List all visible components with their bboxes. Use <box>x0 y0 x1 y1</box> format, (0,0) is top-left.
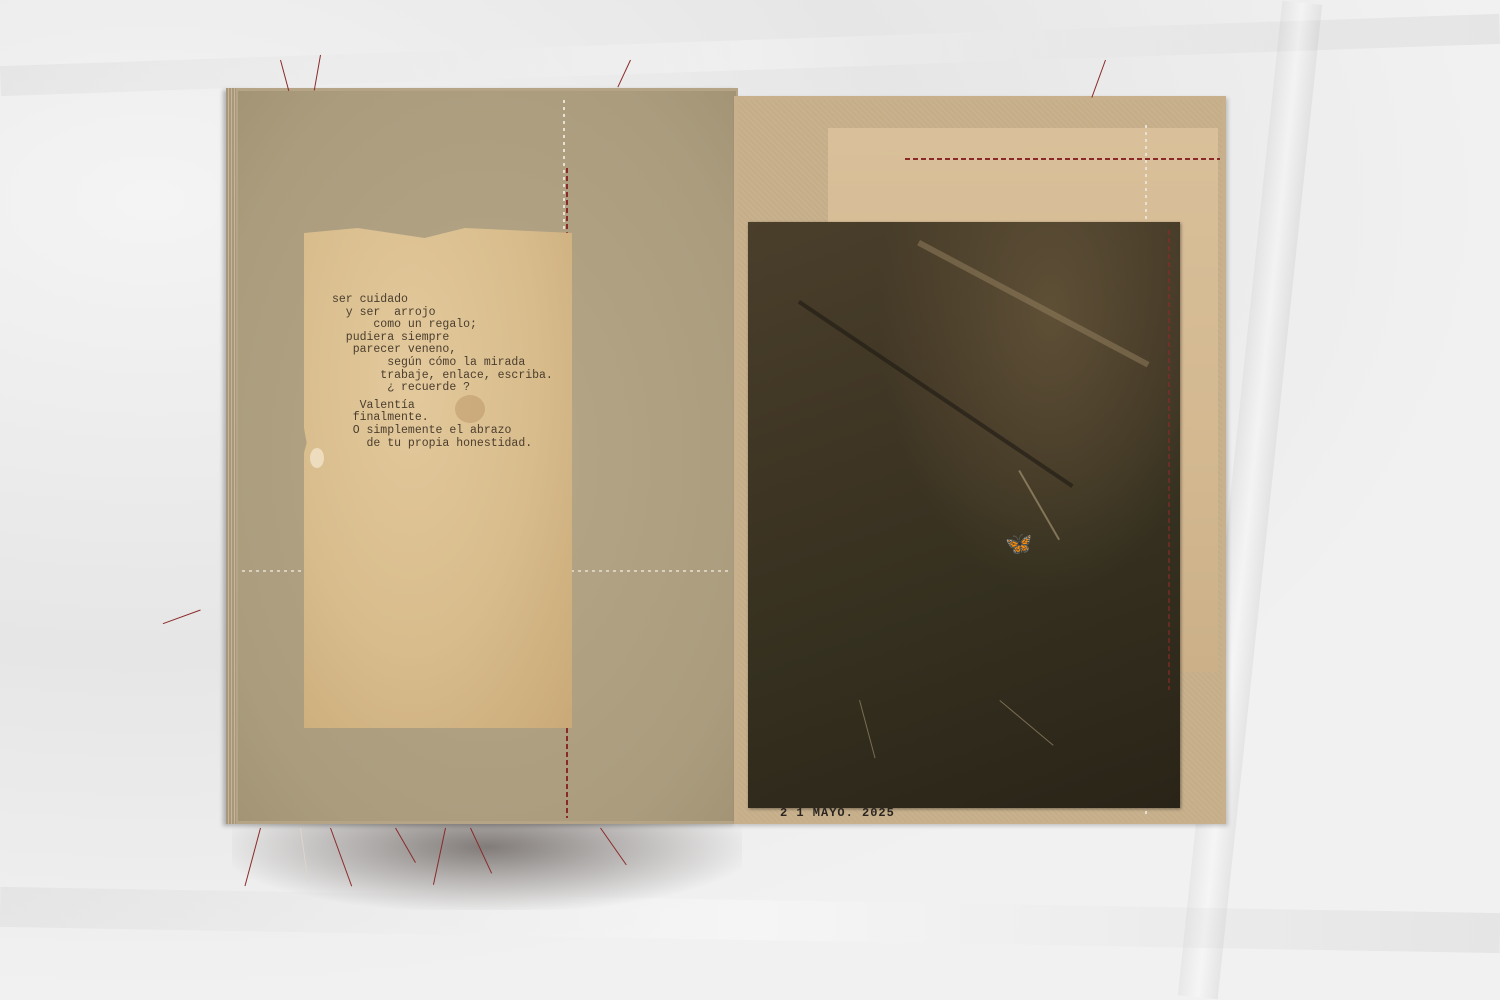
poem-text: ser cuidado y ser arrojo como un regalo;… <box>332 294 592 450</box>
butterfly-icon: 🦋 <box>1005 533 1032 555</box>
stain <box>310 448 324 468</box>
loose-thread <box>1091 60 1106 98</box>
poem-line: ¿ recuerde ? <box>332 382 592 395</box>
red-stitch-horizontal <box>905 158 1220 160</box>
page-stack-edge <box>226 88 236 824</box>
poem-line: O simplemente el abrazo <box>332 425 592 438</box>
poem-line: según cómo la mirada <box>332 357 592 370</box>
poem-line: ser cuidado <box>332 294 592 307</box>
red-stitch-vertical <box>1168 230 1170 690</box>
loose-thread <box>163 610 201 625</box>
poem-line: como un regalo; <box>332 319 592 332</box>
poem-line: de tu propia honestidad. <box>332 438 592 451</box>
date-stamp: 2 1 MAYO. 2025 <box>780 806 895 820</box>
cloth-wrinkle <box>0 887 1500 953</box>
